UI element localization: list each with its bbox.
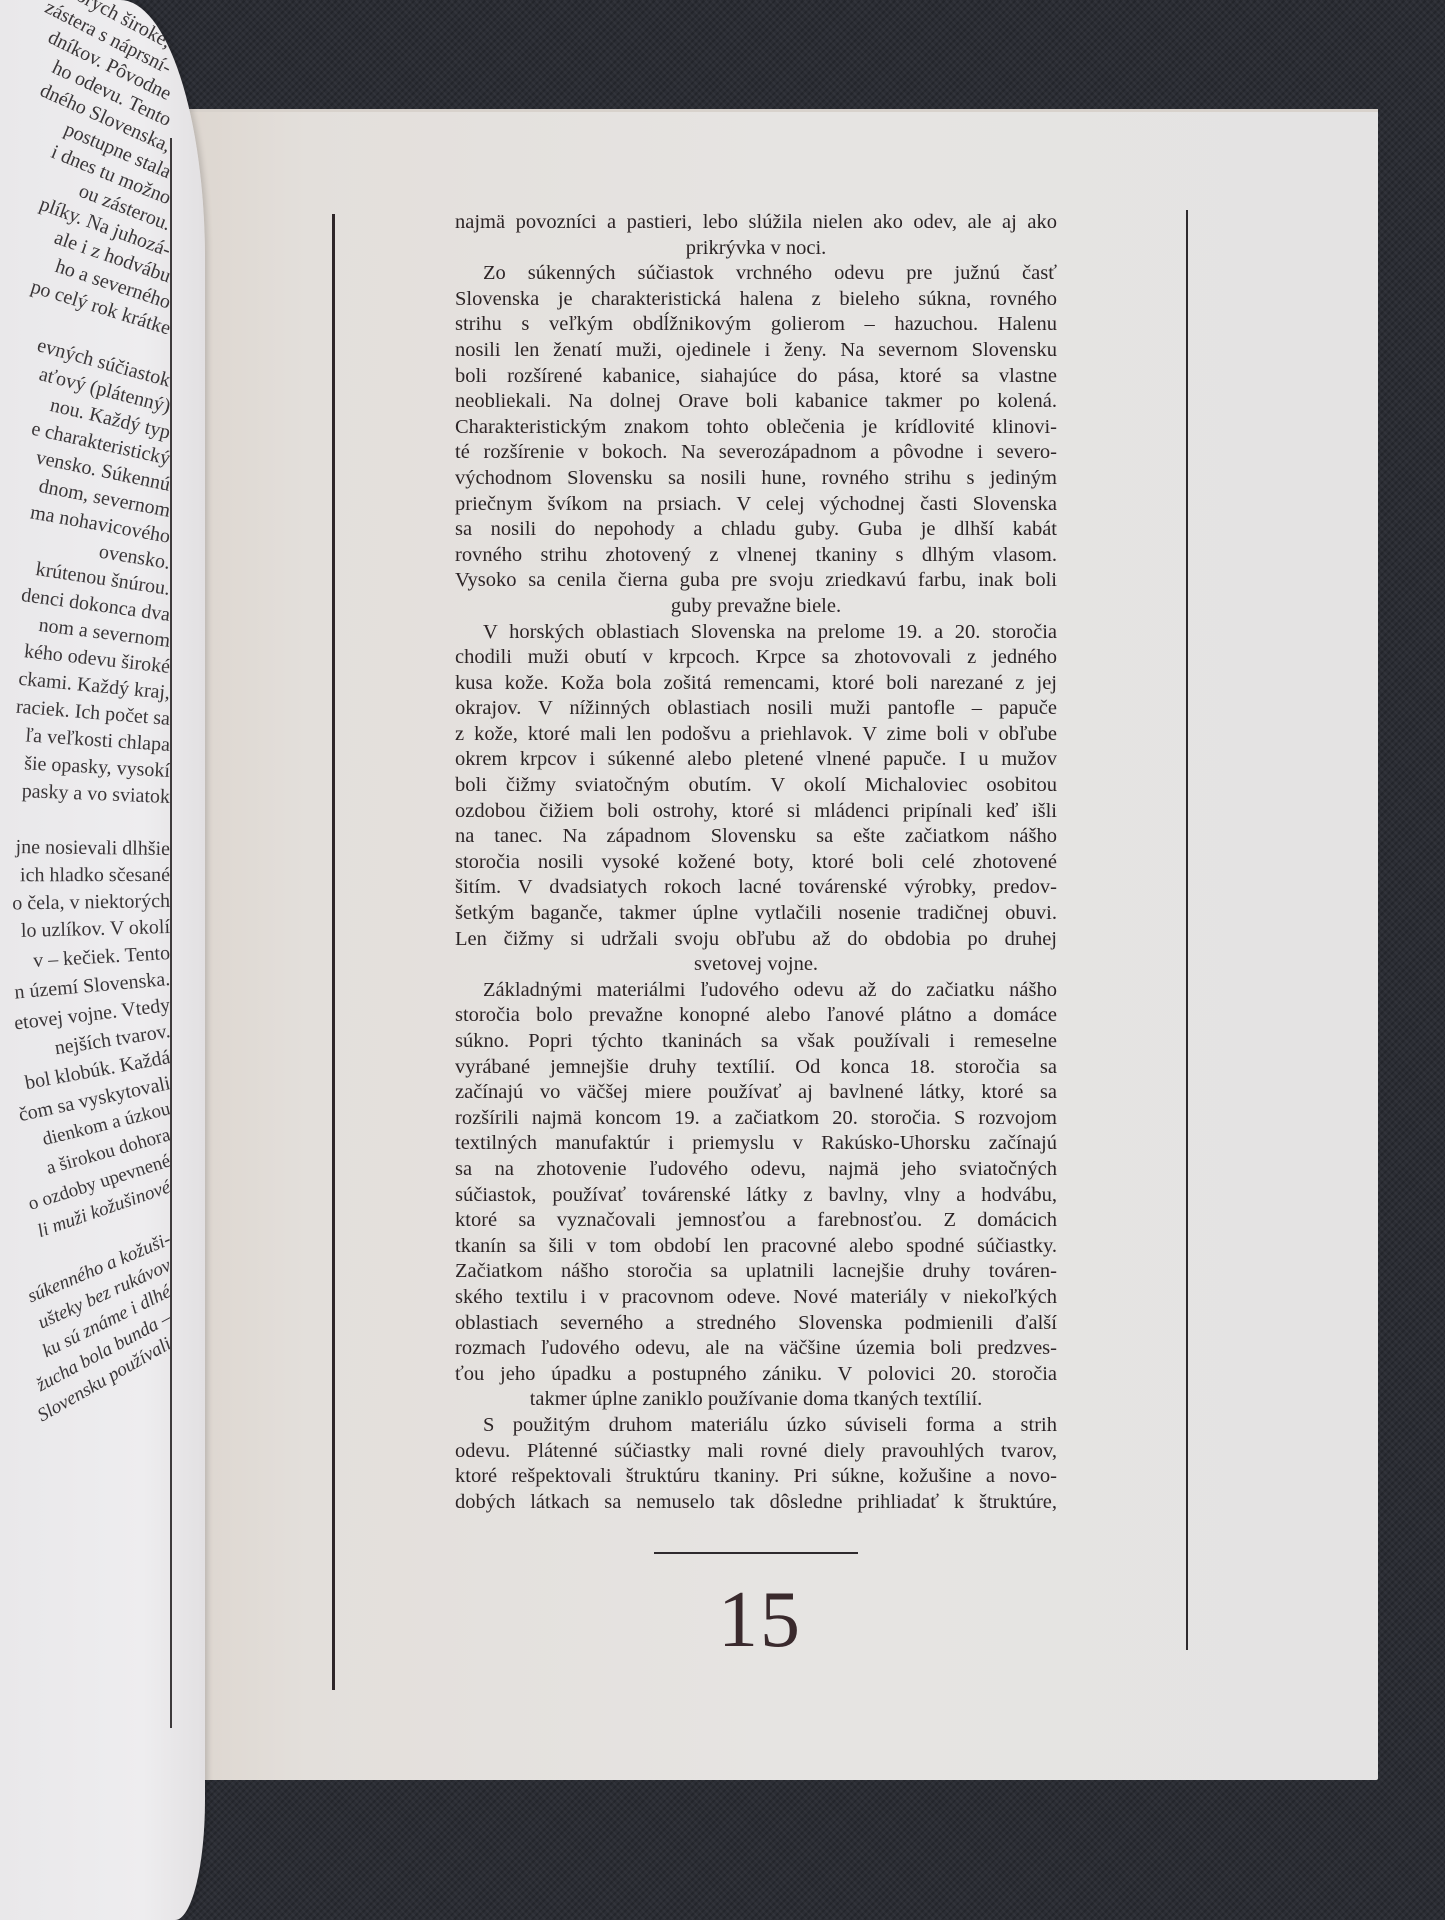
left-page-line: jne nosievali dlhšie xyxy=(0,834,170,862)
text-line: rozšírili najmä koncom 19. a začiatkom 2… xyxy=(455,1106,1057,1132)
footer-divider xyxy=(654,1552,858,1554)
text-line: rozmach ľudového odevu, ale na väčšine ú… xyxy=(455,1336,1057,1362)
text-line: Vysoko sa cenila čierna guba pre svoju z… xyxy=(455,568,1057,594)
text-line: takmer úplne zaniklo používanie doma tka… xyxy=(455,1387,1057,1413)
text-line: sa nosili do nepohody a chladu guby. Gub… xyxy=(455,517,1057,543)
text-line: neobliekali. Na dolnej Orave boli kabani… xyxy=(455,389,1057,415)
text-line: rovného strihu zhotovený z vlnenej tkani… xyxy=(455,543,1057,569)
text-line: oblastiach severného a stredného Slovens… xyxy=(455,1311,1057,1337)
text-line: storočia bolo prevažne konopné alebo ľan… xyxy=(455,1003,1057,1029)
left-page-line: o čela, v niektorých xyxy=(0,888,170,917)
text-line: prikrývka v noci. xyxy=(455,236,1057,262)
text-line: okrem krpcov i súkenné alebo pletené vln… xyxy=(455,747,1057,773)
text-line: svetovej vojne. xyxy=(455,952,1057,978)
text-line: začínajú vo väčšej miere používať aj bav… xyxy=(455,1080,1057,1106)
left-page-rule xyxy=(170,138,172,1728)
text-line: na tanec. Na západnom Slovensku sa ešte … xyxy=(455,824,1057,850)
text-line: šetkým bagančе, takmer úplne vytlačili n… xyxy=(455,901,1057,927)
left-page-curled: ktorých široké,zástera s náprsní-dníkov.… xyxy=(0,0,205,1920)
text-line: V horských oblastiach Slovenska na prelo… xyxy=(455,620,1057,646)
text-line: Slovenska je charakteristická halena z b… xyxy=(455,287,1057,313)
right-margin-rule xyxy=(1186,210,1188,1650)
text-line: súkno. Popri týchto tkaninách sa však po… xyxy=(455,1029,1057,1055)
text-line: Len čižmy si udržali svoju obľubu až do … xyxy=(455,927,1057,953)
left-page-line: ich hladko sčesané xyxy=(0,862,170,888)
text-line: tkanín sa šili v tom období len pracovné… xyxy=(455,1234,1057,1260)
left-page-line xyxy=(0,805,170,836)
text-line: guby prevažne biele. xyxy=(455,594,1057,620)
body-text: najmä povozníci a pastieri, lebo slúžila… xyxy=(455,210,1057,1515)
text-line: textilných manufaktúr i priemyslu v Rakú… xyxy=(455,1131,1057,1157)
text-line: Začiatkom nášho storočia sa uplatnili la… xyxy=(455,1259,1057,1285)
text-line: vyrábané jemnejšie druhy textílií. Od ko… xyxy=(455,1055,1057,1081)
text-line: Zo súkenných súčiastok vrchného odevu pr… xyxy=(455,261,1057,287)
text-line: chodili muži obutí v krpcoch. Krpce sa z… xyxy=(455,645,1057,671)
text-line: Základnými materiálmi ľudového odevu až … xyxy=(455,978,1057,1004)
text-line: najmä povozníci a pastieri, lebo slúžila… xyxy=(455,210,1057,236)
text-line: boli čižmy sviatočným obutím. V okolí Mi… xyxy=(455,773,1057,799)
text-line: okrajov. V nížinných oblastiach nosili m… xyxy=(455,696,1057,722)
text-line: odevu. Plátenné súčiastky mali rovné die… xyxy=(455,1439,1057,1465)
text-line: té rozšírenie v bokoch. Na severozápadno… xyxy=(455,440,1057,466)
page-number: 15 xyxy=(660,1575,860,1665)
text-line: z kože, ktoré mali len podošvu a priehla… xyxy=(455,722,1057,748)
left-margin-rule xyxy=(332,214,335,1690)
text-line: východnom Slovensku sa nosili hune, rovn… xyxy=(455,466,1057,492)
text-line: súčiastok, používať továrenské látky z b… xyxy=(455,1183,1057,1209)
text-line: dobých látkach sa nemuselo tak dôsledne … xyxy=(455,1490,1057,1516)
text-line: ťou jeho úpadku a postupného zániku. V p… xyxy=(455,1362,1057,1388)
text-line: šitím. V dvadsiatych rokoch lacné továre… xyxy=(455,875,1057,901)
text-line: boli rozšírené kabanice, siahajúce do pá… xyxy=(455,364,1057,390)
text-line: nosili len ženatí muži, ojedinele i ženy… xyxy=(455,338,1057,364)
text-line: kusa kože. Koža bola zošitá remencami, k… xyxy=(455,671,1057,697)
text-line: priečnym švíkom na prsiach. V celej vých… xyxy=(455,492,1057,518)
text-line: Charakteristickým znakom tohto oblečenia… xyxy=(455,415,1057,441)
text-line: ského textilu i v pracovnom odeve. Nové … xyxy=(455,1285,1057,1311)
text-line: sa na zhotovenie ľudového odevu, najmä j… xyxy=(455,1157,1057,1183)
text-line: ktoré sa vyznačovali jemnosťou a farebno… xyxy=(455,1208,1057,1234)
text-line: storočia nosili vysoké kožené boty, ktor… xyxy=(455,850,1057,876)
left-page-line: lo uzlíkov. V okolí xyxy=(0,914,170,945)
text-line: strihu s veľkým obdĺžnikovým golierom – … xyxy=(455,312,1057,338)
text-line: S použitým druhom materiálu úzko súvisel… xyxy=(455,1413,1057,1439)
left-page-text: ktorých široké,zástera s náprsní-dníkov.… xyxy=(0,30,170,1356)
text-line: ktoré rešpektovali štruktúru tkaniny. Pr… xyxy=(455,1464,1057,1490)
text-line: ozdobou čižiem boli ostrohy, ktoré si ml… xyxy=(455,799,1057,825)
